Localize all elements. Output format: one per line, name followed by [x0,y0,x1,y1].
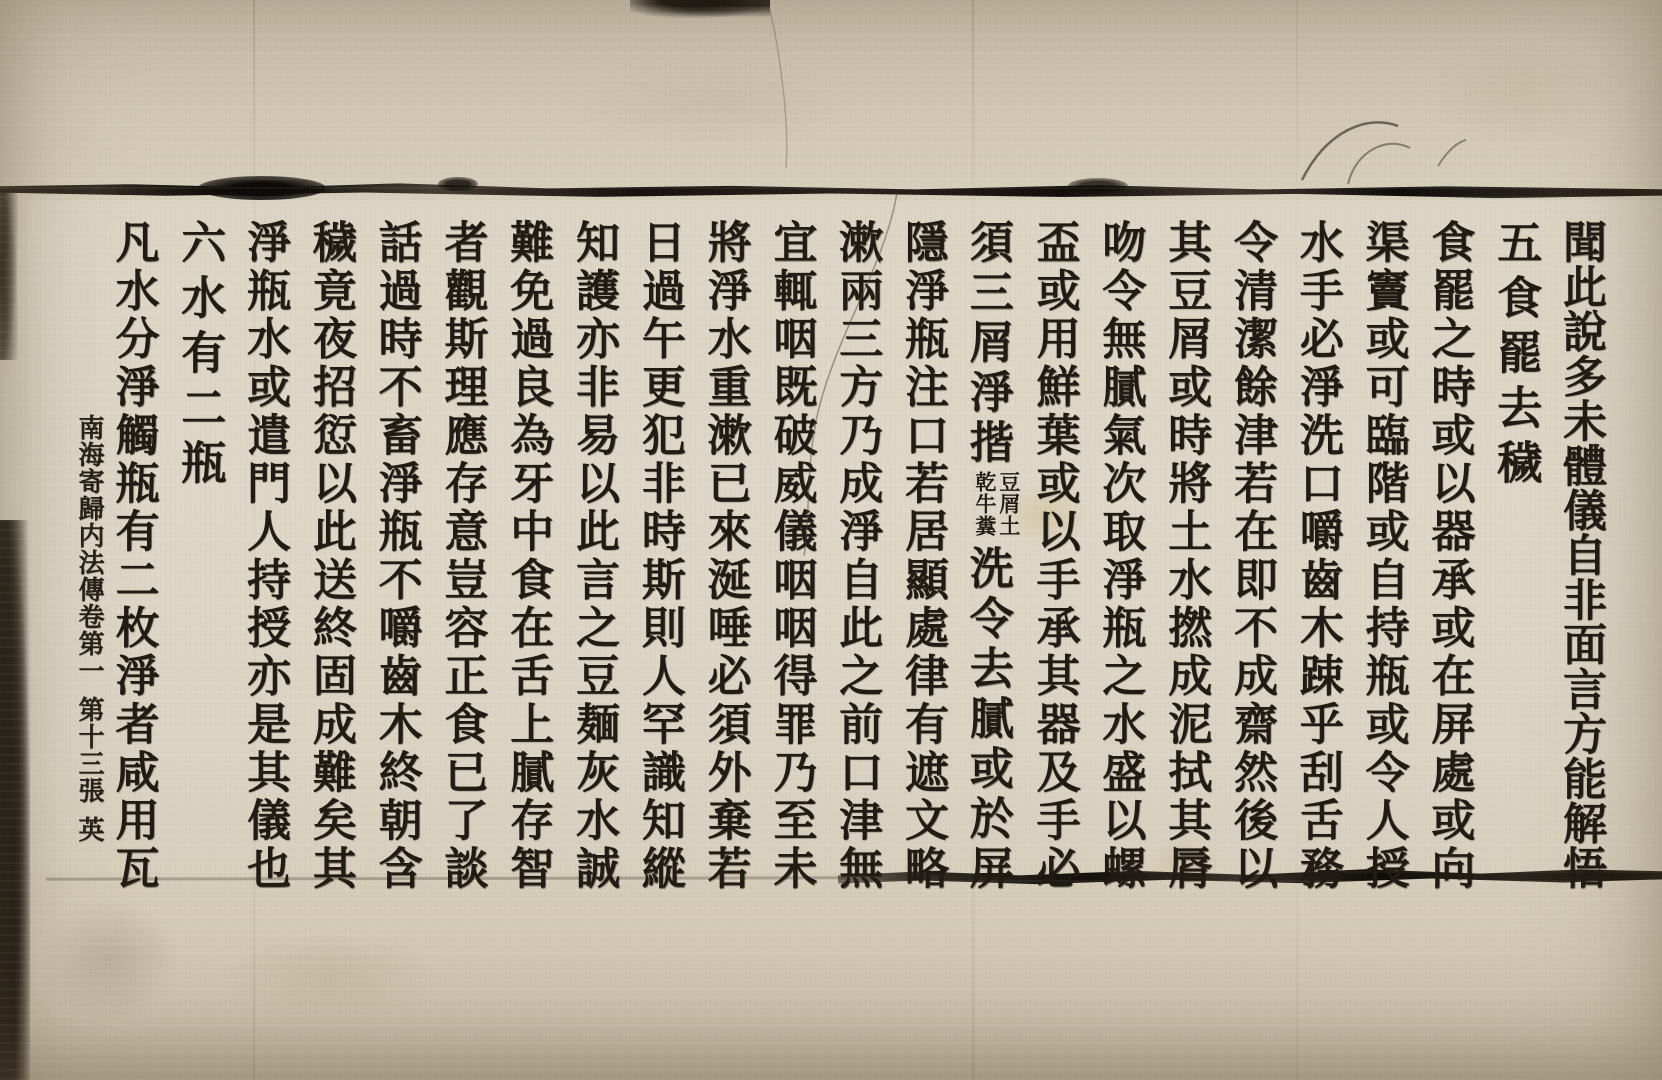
ink-blotch [1068,178,1128,194]
colophon-line: 英 [75,816,104,843]
text-column: 知護亦非易以此言之豆麺灰水誠 [560,219,626,889]
interlinear-note: 豆屑土乾牛糞 [973,471,1021,537]
text-column: 水手必淨洗口嚼齒木踈乎刮舌務 [1284,219,1350,889]
colophon-line: 第十三張 [75,696,104,804]
paper-stain [1420,40,1620,150]
colophon-column: 南海寄歸内法傳卷第一第十三張英 [72,414,106,854]
text-column: 吻令無膩氣次取淨瓶之水盛以螺 [1087,219,1153,889]
text-column: 令清潔餘津若在即不成齋然後以 [1218,219,1284,889]
left-edge-blotches [0,190,18,360]
text-column: 隱淨瓶注口若居顯處律有遮文略 [889,219,955,889]
text-column: 須三屑淨揩豆屑土乾牛糞洗令去膩或於屏 [955,219,1021,889]
text-column: 聞此說多未體儀自非面言方能解悟 [1547,219,1613,889]
text-column: 日過午更犯非時斯則人罕識知縱 [626,219,692,889]
text-column: 食罷之時或以器承或在屏處或向 [1416,219,1482,889]
chapter-heading-column: 五食罷去穢 [1481,219,1547,889]
paper-stain [560,60,860,150]
colophon-line: 南海寄歸内法傳卷第一 [75,414,104,684]
text-column: 漱兩三方乃成淨自此之前口津無 [823,219,889,889]
text-column: 渠竇或可臨階或自持瓶或令人授 [1350,219,1416,889]
text-column: 穢竟夜招愆以此送終固成難矣其 [297,219,363,889]
text-column: 宜輒咽既破威儀咽咽得罪乃至未 [758,219,824,889]
text-column: 凡水分淨觸瓶有二枚淨者咸用瓦 [100,219,166,889]
text-column: 將淨水重漱已來涎唾必須外棄若 [692,219,758,889]
chapter-heading-column: 六水有二瓶 [165,219,231,889]
text-column: 淨瓶水或遣門人持授亦是其儀也 [231,219,297,889]
ink-blotch [438,177,478,191]
top-edge-ink-marks [630,0,770,18]
scanned-sutra-page: 聞此說多未體儀自非面言方能解悟五食罷去穢食罷之時或以器承或在屏處或向渠竇或可臨階… [0,0,1662,1080]
paper-stain [40,900,180,1020]
text-block: 聞此說多未體儀自非面言方能解悟五食罷去穢食罷之時或以器承或在屏處或向渠竇或可臨階… [99,219,1613,889]
text-column: 者觀斯理應存意豈容正食已了談 [429,219,495,889]
text-column: 其豆屑或時將土水撚成泥拭其脣 [1152,219,1218,889]
ink-blotch [198,176,326,200]
text-column: 難免過良為牙中食在舌上膩存智 [494,219,560,889]
text-column: 話過時不畜淨瓶不嚼齒木終朝含 [363,219,429,889]
text-column: 盃或用鮮葉或以手承其器及手必 [1021,219,1087,889]
left-edge-blotches [0,520,30,1080]
